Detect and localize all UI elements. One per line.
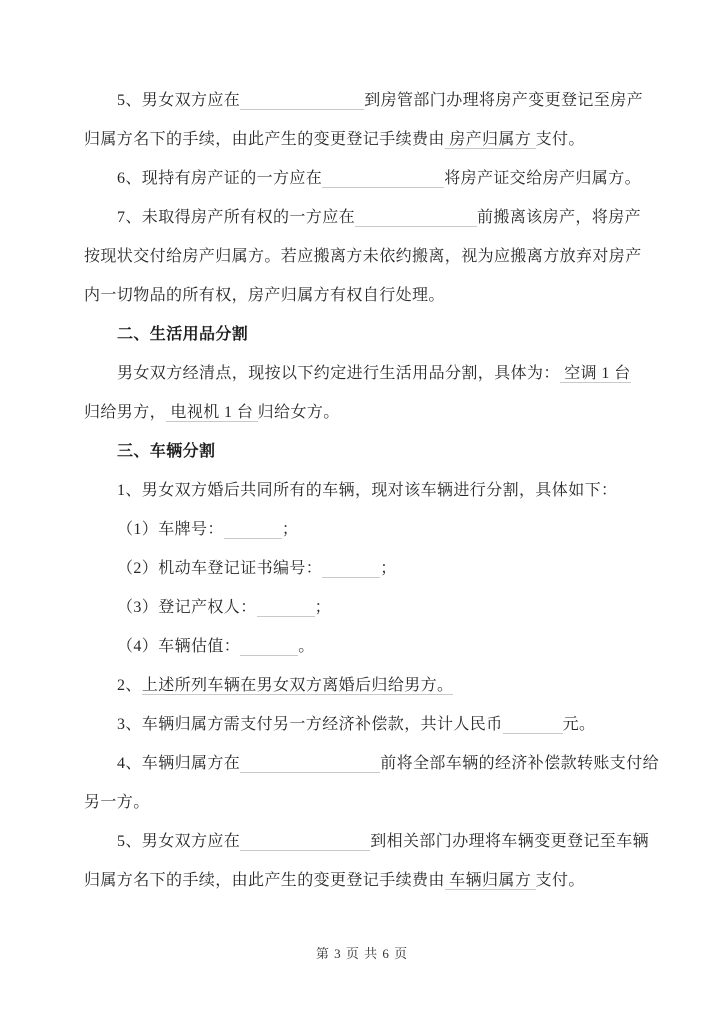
text-run: 二、生活用品分割 (117, 326, 248, 343)
document-line: 6、现持有房产证的一方应在将房产证交给房产归属方。 (84, 159, 640, 198)
text-run: 5、男女双方应在 (117, 833, 240, 850)
document-line: 3、车辆归属方需支付另一方经济补偿款，共计人民币元。 (84, 705, 640, 744)
text-run: （4）车辆估值： (117, 638, 240, 655)
text-run: ； (282, 521, 298, 538)
blank-field (240, 639, 298, 656)
page-number-footer: 第 3 页 共 6 页 (0, 944, 724, 964)
text-run: 归属方名下的手续，由此产生的变更登记手续费由 (84, 131, 445, 148)
document-line: 4、车辆归属方在前将全部车辆的经济补偿款转账支付给 (84, 744, 640, 783)
document-line: （3）登记产权人：； (84, 588, 640, 627)
document-page: 5、男女双方应在到房管部门办理将房产变更登记至房产归属方名下的手续，由此产生的变… (0, 0, 724, 1024)
text-run: 内一切物品的所有权，房产归属方有权自行处理。 (84, 287, 445, 304)
blank-field (257, 600, 315, 617)
blank-field (503, 717, 563, 734)
text-run: 到相关部门办理将车辆变更登记至车辆 (370, 833, 649, 850)
text-run: 前搬离该房产，将房产 (477, 209, 641, 226)
blank-field (322, 171, 444, 188)
filled-value: 上述所列车辆在男女双方离婚后归给男方。 (142, 677, 454, 695)
text-run: 支付。 (536, 872, 585, 889)
filled-value: 房产归属方 (445, 131, 536, 149)
document-body: 5、男女双方应在到房管部门办理将房产变更登记至房产归属方名下的手续，由此产生的变… (84, 81, 640, 900)
text-run: 。 (298, 638, 314, 655)
filled-value: 空调 1 台 (560, 365, 631, 383)
blank-field (322, 561, 380, 578)
text-run: 1、男女双方婚后共同所有的车辆，现对该车辆进行分割，具体如下： (117, 482, 617, 499)
document-line: 归给男方， 电视机 1 台 归给女方。 (84, 393, 640, 432)
text-run: 三、车辆分割 (117, 443, 215, 460)
blank-field (240, 756, 380, 773)
text-run: 归给男方， (84, 404, 166, 421)
text-run: 归属方名下的手续，由此产生的变更登记手续费由 (84, 872, 445, 889)
text-run: 到房管部门办理将房产变更登记至房产 (364, 92, 643, 109)
text-run: 2、 (117, 677, 142, 694)
blank-field (240, 834, 370, 851)
text-run: 前将全部车辆的经济补偿款转账支付给 (380, 755, 659, 772)
document-line: 内一切物品的所有权，房产归属方有权自行处理。 (84, 276, 640, 315)
text-run: 按现状交付给房产归属方。若应搬离方未依约搬离，视为应搬离方放弃对房产 (84, 248, 642, 265)
text-run: 支付。 (536, 131, 585, 148)
text-run: （2）机动车登记证书编号： (117, 560, 322, 577)
text-run: 5、男女双方应在 (117, 92, 240, 109)
document-line: 归属方名下的手续，由此产生的变更登记手续费由 车辆归属方 支付。 (84, 861, 640, 900)
document-line: 按现状交付给房产归属方。若应搬离方未依约搬离，视为应搬离方放弃对房产 (84, 237, 640, 276)
filled-value: 车辆归属方 (445, 872, 536, 890)
text-run: （3）登记产权人： (117, 599, 257, 616)
blank-field (224, 522, 282, 539)
text-run: 4、车辆归属方在 (117, 755, 240, 772)
text-run: 元。 (563, 716, 596, 733)
text-run: 男女双方经清点，现按以下约定进行生活用品分割，具体为： (117, 365, 560, 382)
blank-field (240, 93, 364, 110)
text-run: ； (380, 560, 396, 577)
document-line: 2、上述所列车辆在男女双方离婚后归给男方。 (84, 666, 640, 705)
text-run: 另一方。 (84, 794, 150, 811)
text-run: 7、未取得房产所有权的一方应在 (117, 209, 355, 226)
text-run: （1）车牌号： (117, 521, 224, 538)
document-line: （2）机动车登记证书编号：； (84, 549, 640, 588)
text-run: ； (315, 599, 331, 616)
document-line: 1、男女双方婚后共同所有的车辆，现对该车辆进行分割，具体如下： (84, 471, 640, 510)
document-line: 5、男女双方应在到相关部门办理将车辆变更登记至车辆 (84, 822, 640, 861)
blank-field (355, 210, 477, 227)
document-line: 男女双方经清点，现按以下约定进行生活用品分割，具体为： 空调 1 台 (84, 354, 640, 393)
document-line: （4）车辆估值：。 (84, 627, 640, 666)
filled-value: 电视机 1 台 (166, 404, 258, 422)
text-run: 6、现持有房产证的一方应在 (117, 170, 322, 187)
section-heading: 二、生活用品分割 (84, 315, 640, 354)
text-run: 3、车辆归属方需支付另一方经济补偿款，共计人民币 (117, 716, 503, 733)
document-line: 5、男女双方应在到房管部门办理将房产变更登记至房产 (84, 81, 640, 120)
document-line: 7、未取得房产所有权的一方应在前搬离该房产，将房产 (84, 198, 640, 237)
text-run: 归给女方。 (258, 404, 340, 421)
text-run: 将房产证交给房产归属方。 (444, 170, 641, 187)
document-line: 归属方名下的手续，由此产生的变更登记手续费由 房产归属方 支付。 (84, 120, 640, 159)
section-heading: 三、车辆分割 (84, 432, 640, 471)
document-line: 另一方。 (84, 783, 640, 822)
document-line: （1）车牌号：； (84, 510, 640, 549)
